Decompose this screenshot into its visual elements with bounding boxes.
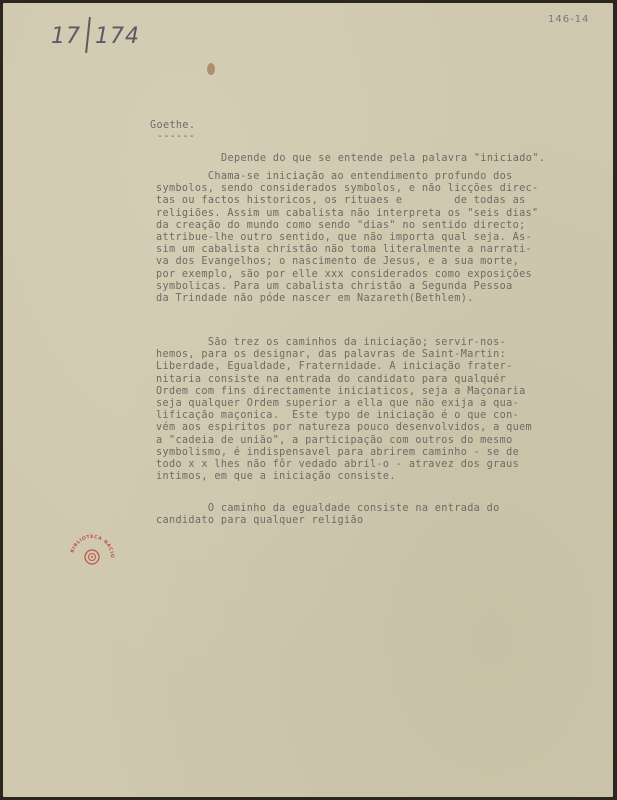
document-page: 17174 146-14 Goethe. ------ Depende do q…: [3, 3, 613, 797]
folio-slash: [85, 17, 91, 53]
paragraph-equality: O caminho da egualdade consiste na entra…: [156, 503, 500, 527]
paragraph-symbols: Chama-se iniciação ao entendimento profu…: [156, 171, 539, 305]
library-stamp: BIBLIOTECA NACIONAL: [67, 523, 117, 567]
folio-left: 17: [51, 24, 81, 49]
ink-stain: [207, 63, 215, 75]
title-underline: ------: [157, 131, 195, 143]
folio-number: 17174: [51, 17, 140, 53]
reference-number: 146-14: [548, 14, 589, 25]
svg-text:BIBLIOTECA NACIONAL: BIBLIOTECA NACIONAL: [67, 523, 115, 558]
intro-line: Depende do que se entende pela palavra "…: [221, 153, 545, 165]
folio-right: 174: [95, 24, 140, 49]
stamp-seal-icon: BIBLIOTECA NACIONAL: [67, 523, 117, 567]
paragraph-paths: São trez os caminhos da iniciação; servi…: [156, 337, 532, 483]
